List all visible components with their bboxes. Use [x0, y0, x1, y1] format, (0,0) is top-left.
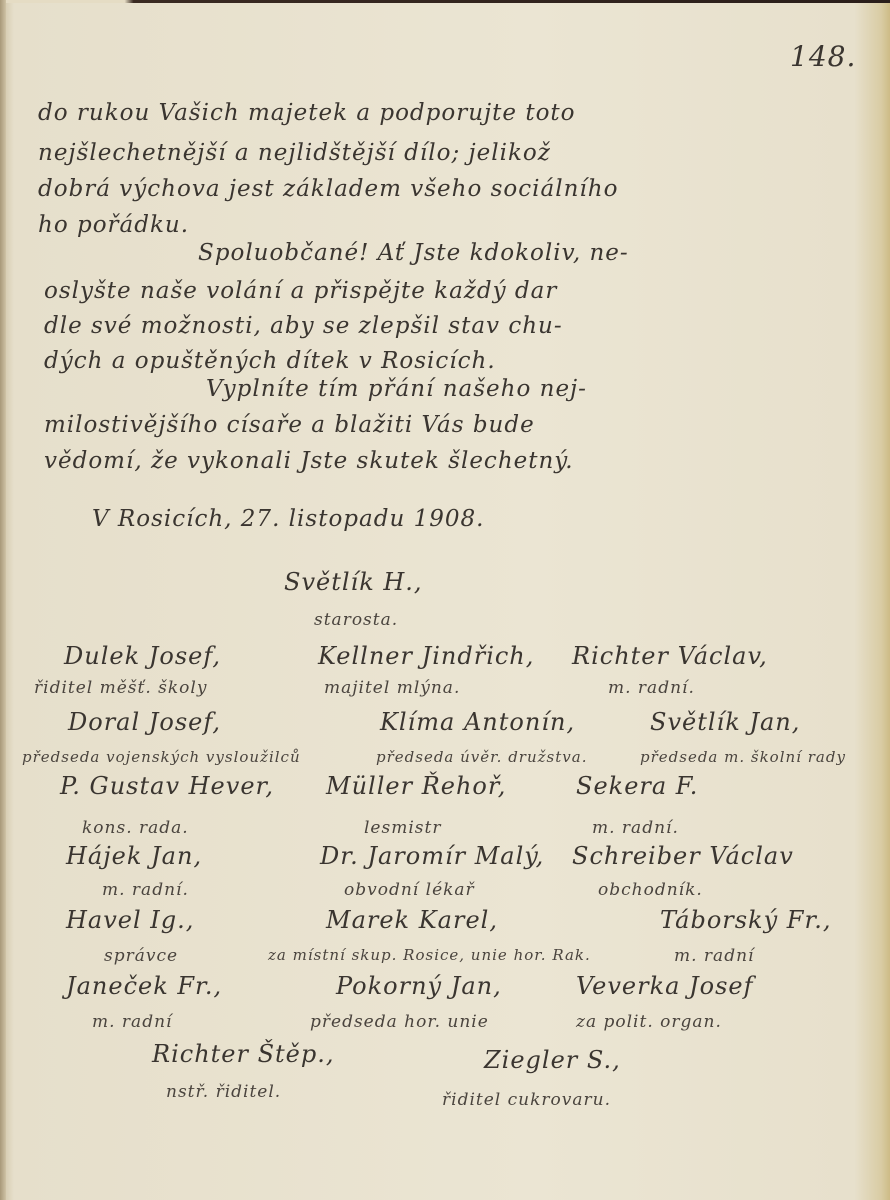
signature-title: majitel mlýna.: [324, 678, 460, 698]
signature-name: Hájek Jan,: [66, 842, 202, 870]
text-line: nejšlechetnější a nejlidštější dílo; jel…: [38, 140, 551, 166]
signature-title: m. radní.: [592, 818, 679, 838]
signature-name: Schreiber Václav: [572, 842, 794, 870]
signature-title: m. radní.: [608, 678, 695, 698]
signature-title: předseda vojenských vysloužilců: [22, 748, 301, 766]
signature-title: předseda hor. unie: [310, 1012, 489, 1032]
text-line: milostivějšího císaře a blažiti Vás bude: [44, 412, 535, 438]
signature-title: starosta.: [314, 610, 398, 630]
signature-title: předseda úvěr. družstva.: [376, 748, 587, 766]
signature-name: Táborský Fr.,: [660, 906, 832, 934]
signature-name: Richter Václav,: [572, 642, 768, 670]
signature-name: Klíma Antonín,: [380, 708, 575, 736]
page-top-edge: [0, 0, 890, 3]
signature-name: Dr. Jaromír Malý,: [320, 842, 544, 870]
signature-name: Ziegler S.,: [484, 1046, 621, 1074]
binding-shadow: [0, 0, 6, 1200]
text-line: do rukou Vašich majetek a podporujte tot…: [38, 100, 576, 126]
page-number: 148.: [790, 40, 856, 73]
signature-title: m. radní.: [102, 880, 189, 900]
signature-title: předseda m. školní rady: [640, 748, 846, 766]
text-line: ho pořádku.: [38, 212, 189, 238]
signature-name: Janeček Fr.,: [66, 972, 222, 1000]
signature-title: řiditel měšť. školy: [34, 678, 207, 698]
signature-title: řiditel cukrovaru.: [442, 1090, 611, 1110]
text-line: Vyplníte tím přání našeho nej-: [206, 376, 587, 402]
signature-name: Světlík H.,: [284, 568, 423, 596]
manuscript-page: 148. do rukou Vašich majetek a podporujt…: [0, 0, 890, 1200]
signature-name: Doral Josef,: [68, 708, 221, 736]
signature-name: Světlík Jan,: [650, 708, 800, 736]
signature-title: obvodní lékař: [344, 880, 475, 900]
signature-title: správce: [104, 946, 178, 966]
signature-name: P. Gustav Hever,: [60, 772, 274, 800]
signature-title: obchodník.: [598, 880, 703, 900]
signature-name: Richter Štěp.,: [152, 1040, 335, 1068]
signature-name: Marek Karel,: [326, 906, 498, 934]
signature-name: Veverka Josef: [576, 972, 754, 1000]
signature-title: lesmistr: [364, 818, 441, 838]
date-line: V Rosicích, 27. listopadu 1908.: [92, 506, 484, 532]
signature-title: za polit. organ.: [576, 1012, 722, 1032]
signature-name: Sekera F.: [576, 772, 698, 800]
signature-title: m. radní: [92, 1012, 172, 1032]
text-line: dobrá výchova jest základem všeho sociál…: [38, 176, 618, 202]
signature-title: kons. rada.: [82, 818, 189, 838]
signature-name: Pokorný Jan,: [336, 972, 502, 1000]
text-line: dle své možnosti, aby se zlepšil stav ch…: [44, 313, 563, 339]
text-line: oslyšte naše volání a přispějte každý da…: [44, 278, 557, 304]
signature-title: m. radní: [674, 946, 754, 966]
text-line: Spoluobčané! Ať Jste kdokoliv, ne-: [198, 240, 629, 266]
signature-title: za místní skup. Rosice, unie hor. Rak.: [268, 946, 591, 964]
signature-name: Kellner Jindřich,: [318, 642, 534, 670]
signature-title: nstř. řiditel.: [166, 1082, 281, 1102]
signature-name: Dulek Josef,: [64, 642, 221, 670]
text-line: vědomí, že vykonali Jste skutek šlechetn…: [44, 448, 574, 474]
text-line: dých a opuštěných dítek v Rosicích.: [44, 348, 496, 374]
signature-name: Havel Ig.,: [66, 906, 194, 934]
signature-name: Müller Řehoř,: [326, 772, 506, 800]
